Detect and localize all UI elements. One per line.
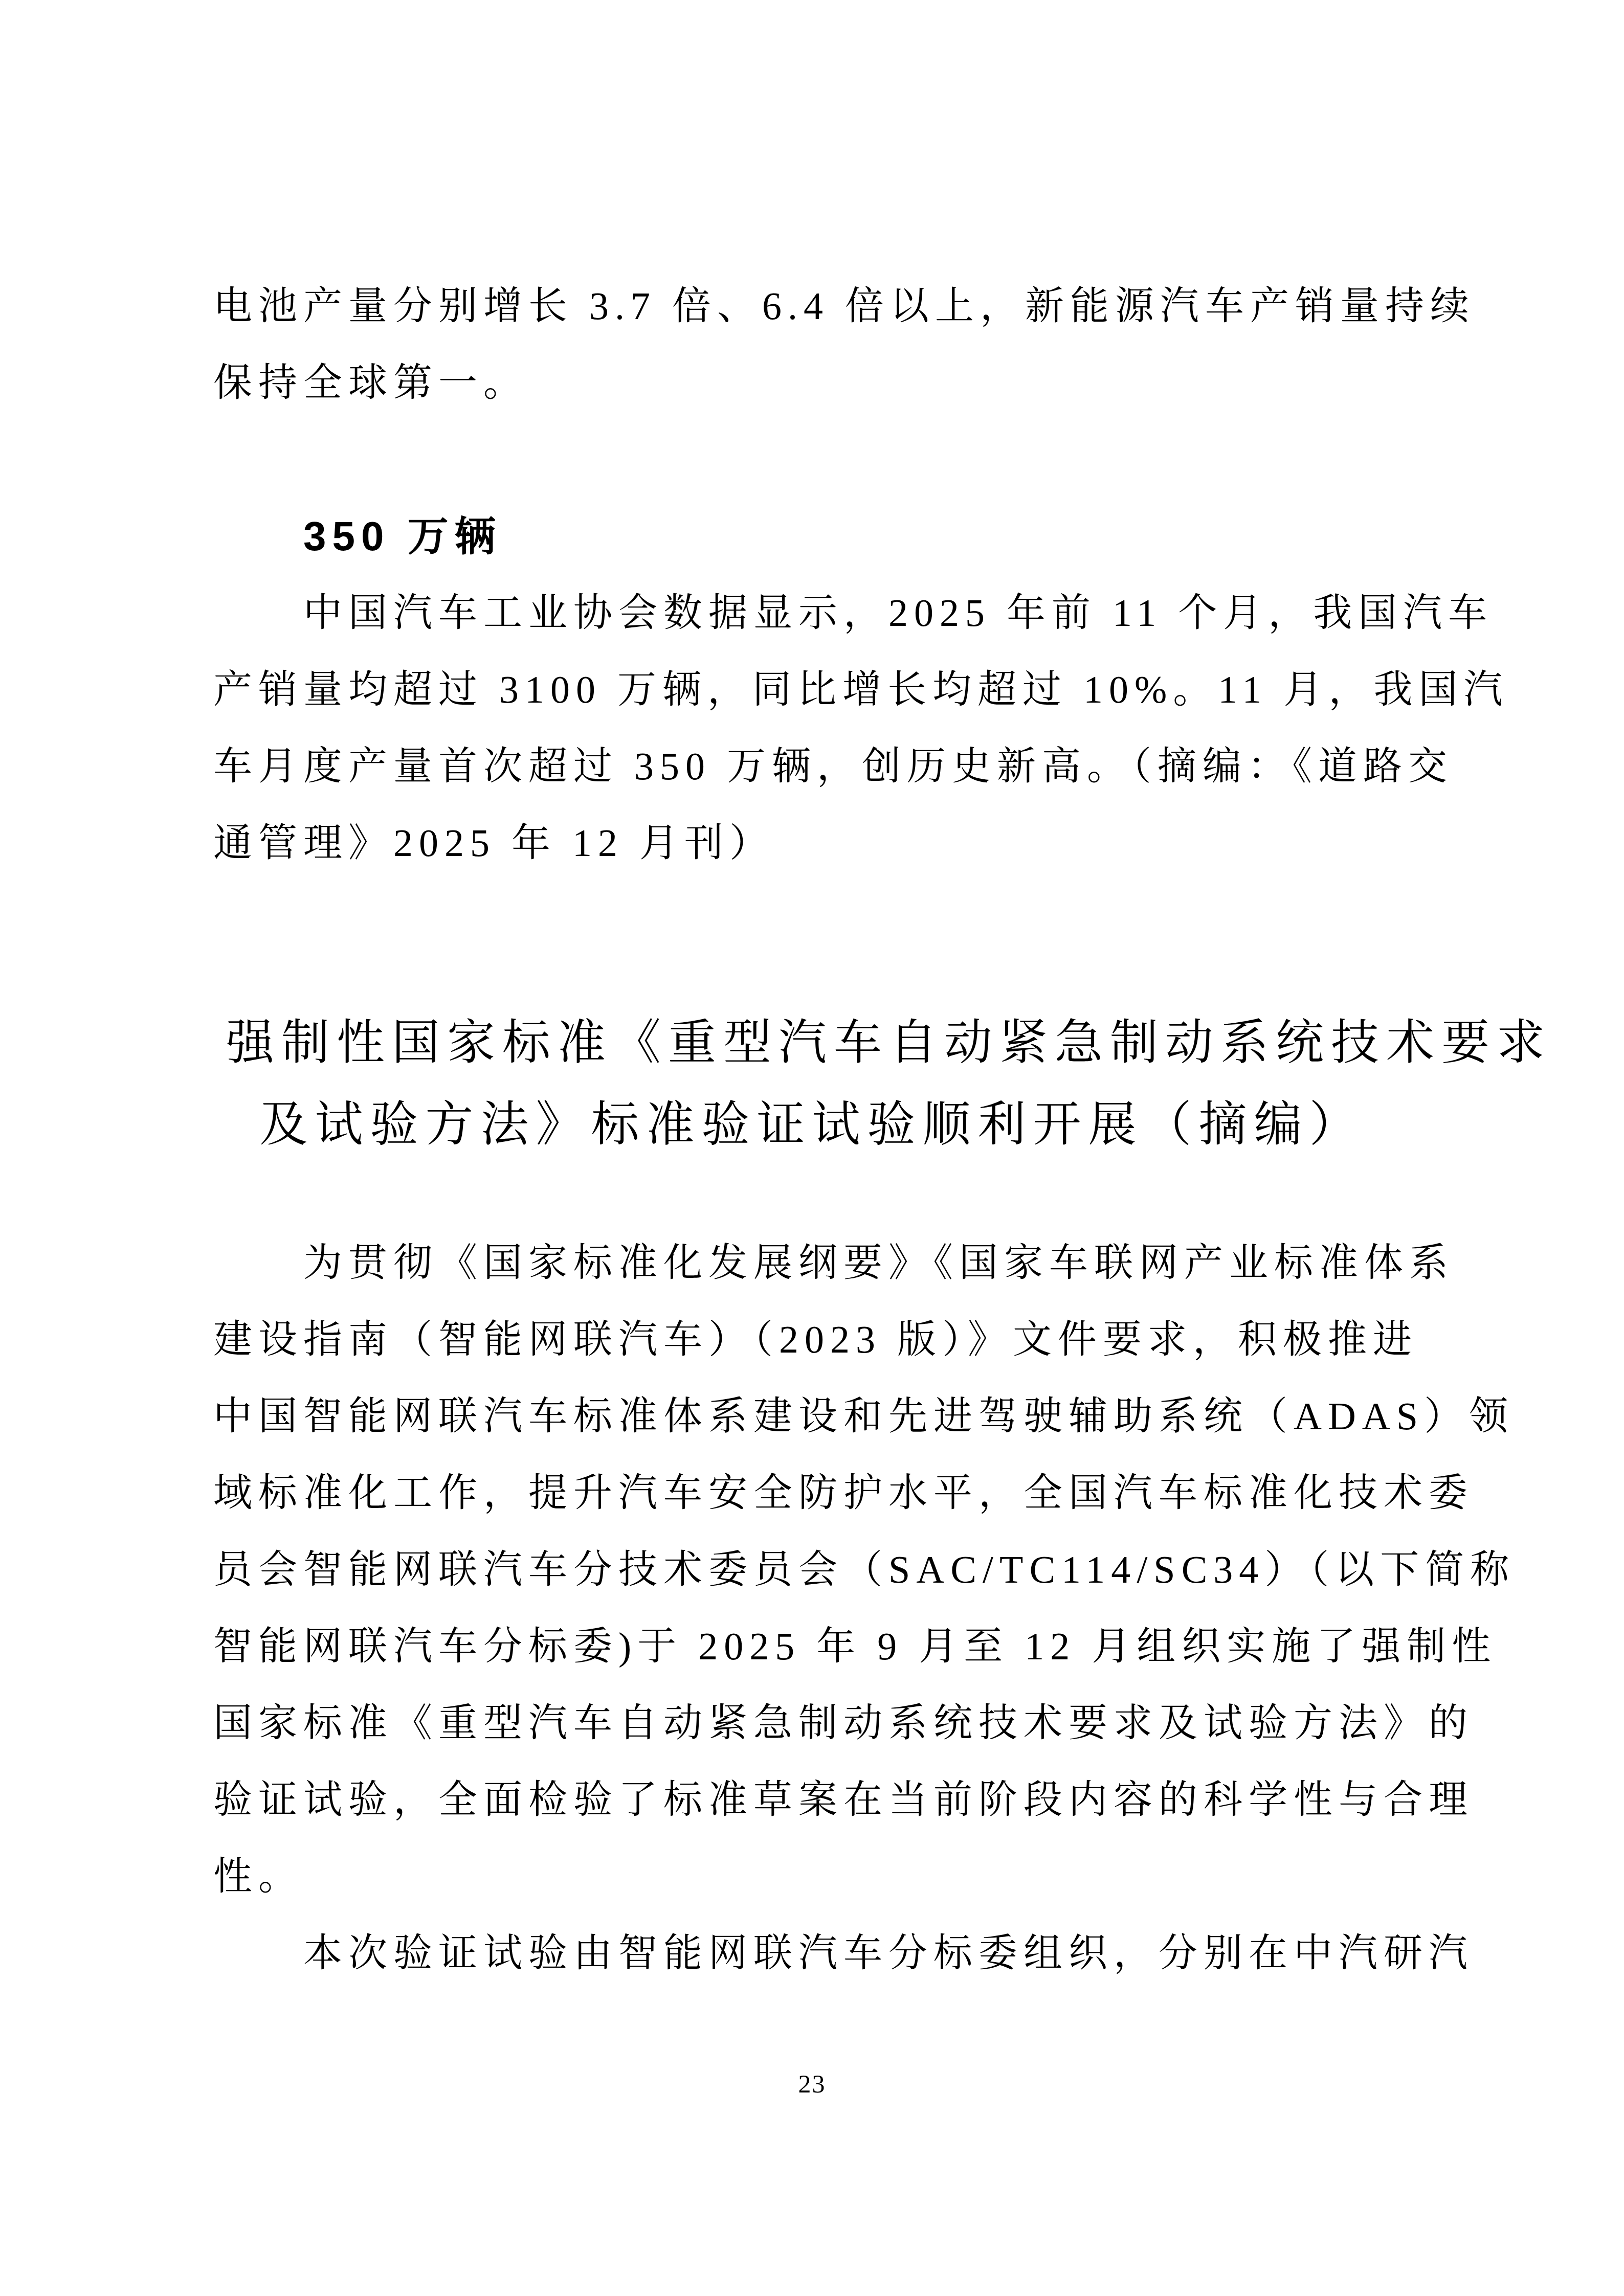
text-line: 国家标准《重型汽车自动紧急制动系统技术要求及试验方法》的	[213, 1685, 1411, 1762]
text-line: 智能网联汽车分标委)于 2025 年 9 月至 12 月组织实施了强制性	[213, 1608, 1411, 1685]
subheading-text: 350 万辆	[213, 498, 1411, 575]
subheading-350-wan-liang: 350 万辆	[213, 498, 1411, 575]
text-line: 保持全球第一。	[213, 345, 1411, 421]
text-line: 建设指南（智能网联汽车）（2023 版）》文件要求，积极推进	[213, 1301, 1411, 1378]
text-line: 中国智能网联汽车标准体系建设和先进驾驶辅助系统（ADAS）领	[213, 1378, 1411, 1455]
paragraph-caam-data: 中国汽车工业协会数据显示，2025 年前 11 个月，我国汽车 产销量均超过 3…	[213, 575, 1411, 882]
text-line: 产销量均超过 3100 万辆，同比增长均超过 10%。11 月，我国汽	[213, 651, 1411, 728]
text-line: 为贯彻《国家标准化发展纲要》《国家车联网产业标准体系	[213, 1225, 1411, 1301]
text-line: 通管理》2025 年 12 月刊）	[213, 805, 1411, 882]
text-line: 本次验证试验由智能网联汽车分标委组织，分别在中汽研汽	[213, 1915, 1411, 1992]
section-heading-standard-verification: 强制性国家标准《重型汽车自动紧急制动系统技术要求 及试验方法》标准验证试验顺利开…	[213, 1002, 1411, 1166]
blank-line	[213, 421, 1411, 498]
text-line: 电池产量分别增长 3.7 倍、6.4 倍以上，新能源汽车产销量持续	[213, 268, 1411, 345]
paragraph-test-organization: 本次验证试验由智能网联汽车分标委组织，分别在中汽研汽	[213, 1915, 1411, 1992]
text-line: 车月度产量首次超过 350 万辆，创历史新高。（摘编：《道路交	[213, 728, 1411, 805]
paragraph-battery-production: 电池产量分别增长 3.7 倍、6.4 倍以上，新能源汽车产销量持续 保持全球第一…	[213, 268, 1411, 421]
text-line: 域标准化工作，提升汽车安全防护水平，全国汽车标准化技术委	[213, 1455, 1411, 1532]
page-number: 23	[0, 2066, 1624, 2102]
text-line: 员会智能网联汽车分技术委员会（SAC/TC114/SC34）（以下简称	[213, 1532, 1411, 1608]
document-page: 电池产量分别增长 3.7 倍、6.4 倍以上，新能源汽车产销量持续 保持全球第一…	[0, 0, 1624, 1992]
text-line: 性。	[213, 1838, 1411, 1915]
heading-line: 强制性国家标准《重型汽车自动紧急制动系统技术要求	[213, 1002, 1411, 1084]
heading-line: 及试验方法》标准验证试验顺利开展（摘编）	[213, 1084, 1411, 1166]
text-line: 中国汽车工业协会数据显示，2025 年前 11 个月，我国汽车	[213, 575, 1411, 651]
text-line: 验证试验，全面检验了标准草案在当前阶段内容的科学性与合理	[213, 1762, 1411, 1838]
paragraph-standard-background: 为贯彻《国家标准化发展纲要》《国家车联网产业标准体系 建设指南（智能网联汽车）（…	[213, 1225, 1411, 1915]
